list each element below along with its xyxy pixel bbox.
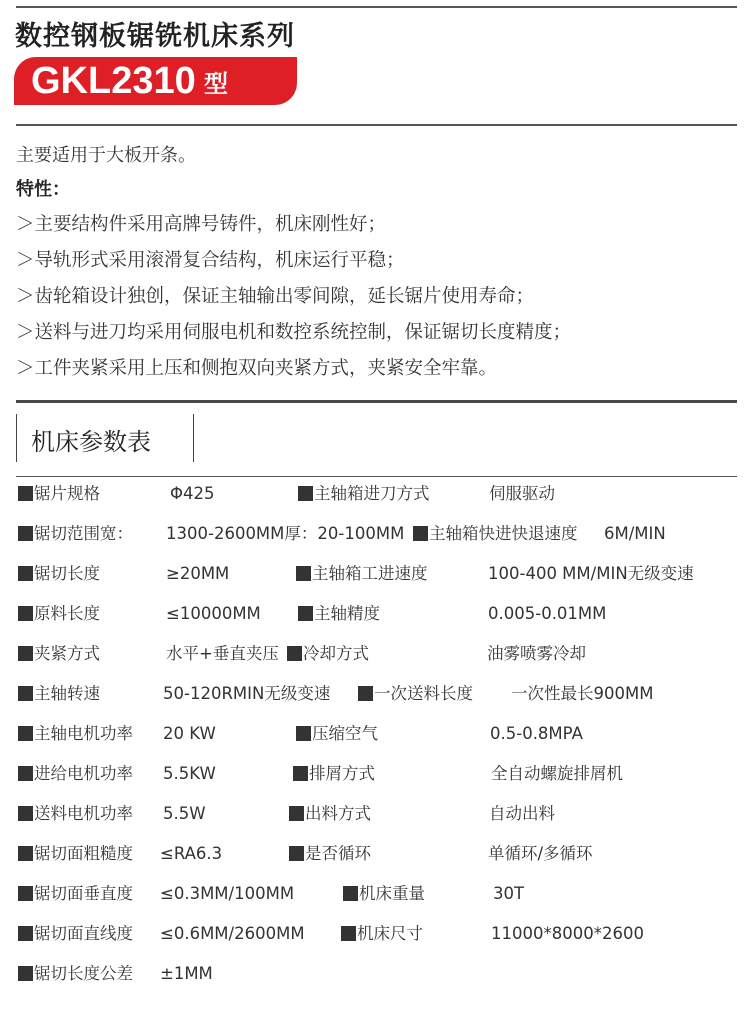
bullet-square-icon <box>343 886 358 901</box>
spec-value-text: 50-120RMIN无级变速 <box>163 684 330 703</box>
spec-row: 锯切长度≥20MM主轴箱工进速度100-400 MM/MIN无级变速 <box>0 559 750 589</box>
spec-label: 原料长度 <box>18 599 100 629</box>
bullet-square-icon <box>293 766 308 781</box>
bullet-square-icon <box>287 646 302 661</box>
bullet-square-icon <box>289 806 304 821</box>
spec-label: 主轴电机功率 <box>18 719 133 749</box>
spec-row: 主轴转速50-120RMIN无级变速一次送料长度一次性最长900MM <box>0 679 750 709</box>
spec-value-text: 水平+垂直夹压 <box>166 644 279 663</box>
spec-value: ≤0.6MM/2600MM <box>160 919 305 949</box>
bullet-square-icon <box>18 806 33 821</box>
spec-label-text: 锯片规格 <box>34 484 100 503</box>
spec-value-text: 1300-2600MM厚：20-100MM <box>166 524 404 543</box>
spec-value-text: 5.5W <box>163 804 206 823</box>
top-divider <box>16 6 737 8</box>
spec-label-text: 一次送料长度 <box>374 684 473 703</box>
table-top-divider <box>16 400 737 403</box>
spec-value: 5.5KW <box>163 759 216 789</box>
spec-label: 夹紧方式 <box>18 639 100 669</box>
spec-value-text: 油雾喷雾冷却 <box>487 644 586 663</box>
spec-label-text: 夹紧方式 <box>34 644 100 663</box>
bullet-square-icon <box>18 606 33 621</box>
spec-row: 锯切面粗糙度≤RA6.3是否循环单循环/多循环 <box>0 839 750 869</box>
features-heading: 特性： <box>16 175 70 201</box>
header-divider <box>16 124 737 126</box>
spec-value-text: Φ425 <box>170 484 214 503</box>
spec-label-text: 机床重量 <box>359 884 425 903</box>
spec-label-text: 锯切范围宽： <box>34 524 133 543</box>
spec-label: 冷却方式 <box>287 639 369 669</box>
feature-item: ＞工件夹紧采用上压和侧抱双向夹紧方式，夹紧安全牢靠。 <box>16 351 571 387</box>
spec-value-text: ≤0.6MM/2600MM <box>160 924 305 943</box>
spec-label: 主轴箱进刀方式 <box>298 479 430 509</box>
spec-value: Φ425 <box>170 479 214 509</box>
spec-row: 锯切面直线度≤0.6MM/2600MM机床尺寸11000*8000*2600 <box>0 919 750 949</box>
spec-label: 压缩空气 <box>296 719 378 749</box>
spec-row: 锯切面垂直度≤0.3MM/100MM机床重量30T <box>0 879 750 909</box>
bullet-square-icon <box>296 726 311 741</box>
spec-value: 30T <box>493 879 524 909</box>
spec-label-text: 主轴电机功率 <box>34 724 133 743</box>
bullet-square-icon <box>18 526 33 541</box>
spec-label: 排屑方式 <box>293 759 375 789</box>
spec-value: 0.005-0.01MM <box>488 599 606 629</box>
bullet-square-icon <box>18 486 33 501</box>
spec-value: ≤RA6.3 <box>160 839 222 869</box>
spec-label: 锯切面直线度 <box>18 919 133 949</box>
spec-value-text: ≤10000MM <box>166 604 261 623</box>
feature-item: ＞齿轮箱设计独创，保证主轴输出零间隙，延长锯片使用寿命； <box>16 279 571 315</box>
spec-label-text: 压缩空气 <box>312 724 378 743</box>
spec-row: 锯切范围宽：1300-2600MM厚：20-100MM主轴箱快进快退速度6M/M… <box>0 519 750 549</box>
spec-label-text: 是否循环 <box>305 844 371 863</box>
spec-label-text: 送料电机功率 <box>34 804 133 823</box>
model-suffix: 型 <box>204 69 228 99</box>
bullet-square-icon <box>298 606 313 621</box>
spec-value-text: 全自动螺旋排屑机 <box>491 764 623 783</box>
spec-value: 伺服驱动 <box>489 479 555 509</box>
bullet-square-icon <box>18 566 33 581</box>
spec-label: 锯片规格 <box>18 479 100 509</box>
bullet-square-icon <box>18 846 33 861</box>
spec-label-text: 机床尺寸 <box>357 924 423 943</box>
spec-value-text: 自动出料 <box>489 804 555 823</box>
spec-value: 自动出料 <box>489 799 555 829</box>
spec-label: 送料电机功率 <box>18 799 133 829</box>
series-title: 数控钢板锯铣机床系列 <box>15 14 295 53</box>
feature-list: ＞主要结构件采用高牌号铸件，机床刚性好； ＞导轨形式采用滚滑复合结构，机床运行平… <box>16 207 571 387</box>
spec-label: 主轴精度 <box>298 599 380 629</box>
bullet-square-icon <box>413 526 428 541</box>
spec-label-text: 进给电机功率 <box>34 764 133 783</box>
spec-label-text: 锯切面直线度 <box>34 924 133 943</box>
bullet-square-icon <box>341 926 356 941</box>
table-header-divider <box>16 476 737 477</box>
spec-label: 是否循环 <box>289 839 371 869</box>
spec-value-text: 一次性最长900MM <box>511 684 653 703</box>
spec-value: ≤10000MM <box>166 599 261 629</box>
spec-value: 20 KW <box>163 719 216 749</box>
table-title: 机床参数表 <box>31 422 151 457</box>
spec-label: 锯切长度公差 <box>18 959 133 989</box>
spec-value-text: ≥20MM <box>166 564 229 583</box>
spec-label: 锯切面粗糙度 <box>18 839 133 869</box>
spec-label-text: 冷却方式 <box>303 644 369 663</box>
spec-value: 油雾喷雾冷却 <box>487 639 586 669</box>
spec-value: 6M/MIN <box>604 519 666 549</box>
spec-value-text: 伺服驱动 <box>489 484 555 503</box>
spec-label-text: 出料方式 <box>305 804 371 823</box>
spec-label-text: 主轴箱进刀方式 <box>314 484 430 503</box>
spec-label: 主轴箱工进速度 <box>296 559 428 589</box>
spec-value-text: ≤RA6.3 <box>160 844 222 863</box>
spec-value-text: ≤0.3MM/100MM <box>160 884 294 903</box>
spec-label: 主轴箱快进快退速度 <box>413 519 578 549</box>
spec-label: 机床尺寸 <box>341 919 423 949</box>
bullet-square-icon <box>18 646 33 661</box>
bullet-square-icon <box>289 846 304 861</box>
spec-value: 11000*8000*2600 <box>491 919 644 949</box>
spec-label: 出料方式 <box>289 799 371 829</box>
bullet-square-icon <box>18 966 33 981</box>
model-code: GKL2310 <box>31 59 196 103</box>
spec-value-text: 6M/MIN <box>604 524 666 543</box>
spec-row: 送料电机功率5.5W出料方式自动出料 <box>0 799 750 829</box>
spec-row: 锯切长度公差±1MM <box>0 959 750 989</box>
spec-value: 50-120RMIN无级变速 <box>163 679 330 709</box>
feature-item: ＞主要结构件采用高牌号铸件，机床刚性好； <box>16 207 571 243</box>
spec-value-text: 100-400 MM/MIN无级变速 <box>488 564 694 583</box>
spec-label-text: 锯切面垂直度 <box>34 884 133 903</box>
bullet-square-icon <box>18 886 33 901</box>
spec-value: ≥20MM <box>166 559 229 589</box>
bullet-square-icon <box>298 486 313 501</box>
spec-row: 夹紧方式水平+垂直夹压冷却方式油雾喷雾冷却 <box>0 639 750 669</box>
bullet-square-icon <box>296 566 311 581</box>
bullet-square-icon <box>18 926 33 941</box>
spec-value-text: 11000*8000*2600 <box>491 924 644 943</box>
spec-value: 单循环/多循环 <box>488 839 593 869</box>
spec-label-text: 原料长度 <box>34 604 100 623</box>
spec-row: 原料长度≤10000MM主轴精度0.005-0.01MM <box>0 599 750 629</box>
spec-label: 锯切范围宽： <box>18 519 133 549</box>
table-title-box: 机床参数表 <box>16 414 194 462</box>
spec-label-text: 锯切面粗糙度 <box>34 844 133 863</box>
spec-label-text: 排屑方式 <box>309 764 375 783</box>
spec-value-text: 20 KW <box>163 724 216 743</box>
spec-value-text: 0.5-0.8MPA <box>490 724 583 743</box>
spec-value: 水平+垂直夹压 <box>166 639 279 669</box>
spec-value: 0.5-0.8MPA <box>490 719 583 749</box>
spec-value-text: 5.5KW <box>163 764 216 783</box>
spec-value-text: 单循环/多循环 <box>488 844 593 863</box>
spec-value: 1300-2600MM厚：20-100MM <box>166 519 404 549</box>
spec-value-text: 0.005-0.01MM <box>488 604 606 623</box>
intro-text: 主要适用于大板开条。 <box>16 141 196 167</box>
spec-value: 一次性最长900MM <box>511 679 653 709</box>
bullet-square-icon <box>18 686 33 701</box>
spec-value: 100-400 MM/MIN无级变速 <box>488 559 694 589</box>
spec-row: 主轴电机功率20 KW压缩空气0.5-0.8MPA <box>0 719 750 749</box>
spec-value-text: ±1MM <box>160 964 213 983</box>
spec-label: 机床重量 <box>343 879 425 909</box>
model-banner: GKL2310 型 <box>14 57 297 105</box>
feature-item: ＞送料与进刀均采用伺服电机和数控系统控制，保证锯切长度精度； <box>16 315 571 351</box>
spec-row: 锯片规格Φ425主轴箱进刀方式伺服驱动 <box>0 479 750 509</box>
spec-value: ≤0.3MM/100MM <box>160 879 294 909</box>
spec-label-text: 主轴精度 <box>314 604 380 623</box>
spec-value: 5.5W <box>163 799 206 829</box>
spec-label-text: 主轴转速 <box>34 684 100 703</box>
spec-value-text: 30T <box>493 884 524 903</box>
spec-label-text: 锯切长度 <box>34 564 100 583</box>
bullet-square-icon <box>18 766 33 781</box>
bullet-square-icon <box>358 686 373 701</box>
spec-row: 进给电机功率5.5KW排屑方式全自动螺旋排屑机 <box>0 759 750 789</box>
spec-label-text: 锯切长度公差 <box>34 964 133 983</box>
spec-value: 全自动螺旋排屑机 <box>491 759 623 789</box>
spec-label: 锯切长度 <box>18 559 100 589</box>
feature-item: ＞导轨形式采用滚滑复合结构，机床运行平稳； <box>16 243 571 279</box>
spec-label-text: 主轴箱工进速度 <box>312 564 428 583</box>
spec-label: 进给电机功率 <box>18 759 133 789</box>
spec-value: ±1MM <box>160 959 213 989</box>
spec-label: 锯切面垂直度 <box>18 879 133 909</box>
bullet-square-icon <box>18 726 33 741</box>
spec-label: 一次送料长度 <box>358 679 473 709</box>
spec-label-text: 主轴箱快进快退速度 <box>429 524 578 543</box>
spec-label: 主轴转速 <box>18 679 100 709</box>
